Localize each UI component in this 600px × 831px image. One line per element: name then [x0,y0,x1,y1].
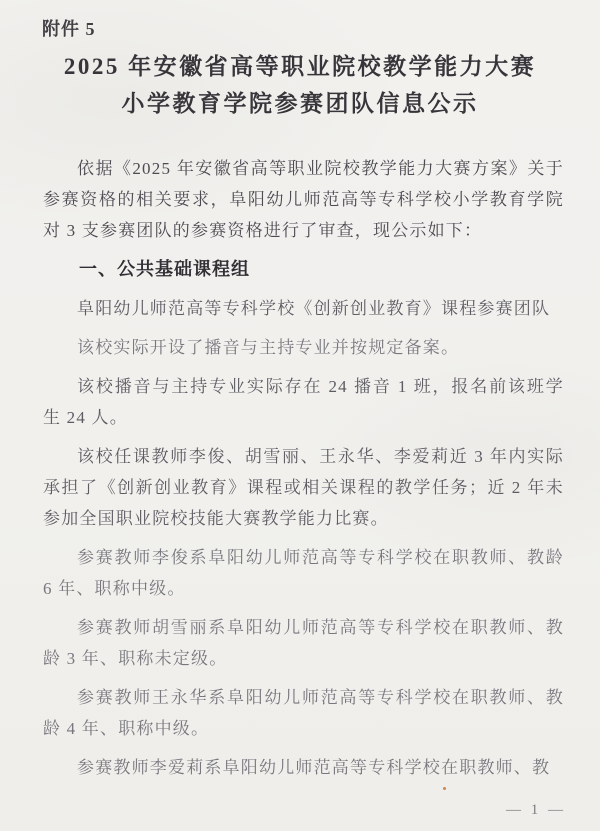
title-line-2: 小学教育学院参赛团队信息公示 [0,85,600,122]
title-line-1: 2025 年安徽省高等职业院校教学能力大赛 [0,48,600,85]
paragraph-major-registration: 该校实际开设了播音与主持专业并按规定备案。 [43,332,564,363]
document-title: 2025 年安徽省高等职业院校教学能力大赛 小学教育学院参赛团队信息公示 [0,48,600,122]
attachment-label: 附件 5 [42,15,96,41]
paragraph-teacher-liaili-truncated: 参赛教师李爱莉系阜阳幼儿师范高等专科学校在职教师、教 [43,752,564,783]
paragraph-teacher-wangyonghua: 参赛教师王永华系阜阳幼儿师范高等专科学校在职教师、教龄 4 年、职称中级。 [43,682,564,744]
document-page: { "document": { "attachment_label": "附件 … [0,0,600,831]
team-name-line: 阜阳幼儿师范高等专科学校《创新创业教育》课程参赛团队 [43,293,564,324]
intro-paragraph: 依据《2025 年安徽省高等职业院校教学能力大赛方案》关于参赛资格的相关要求，阜… [43,153,564,246]
document-body: 依据《2025 年安徽省高等职业院校教学能力大赛方案》关于参赛资格的相关要求，阜… [43,153,564,795]
scan-speck-artifact [443,787,446,790]
page-number: — 1 — [506,802,566,819]
section-heading-public-basic-course-group: 一、公共基础课程组 [43,254,564,285]
paragraph-teachers-experience: 该校任课教师李俊、胡雪丽、王永华、李爱莉近 3 年内实际承担了《创新创业教育》课… [43,441,564,534]
paragraph-teacher-huxueli: 参赛教师胡雪丽系阜阳幼儿师范高等专科学校在职教师、教龄 3 年、职称未定级。 [43,612,564,674]
paragraph-class-info: 该校播音与主持专业实际存在 24 播音 1 班，报名前该班学生 24 人。 [43,371,564,433]
paragraph-teacher-lijun: 参赛教师李俊系阜阳幼儿师范高等专科学校在职教师、教龄 6 年、职称中级。 [43,542,564,604]
